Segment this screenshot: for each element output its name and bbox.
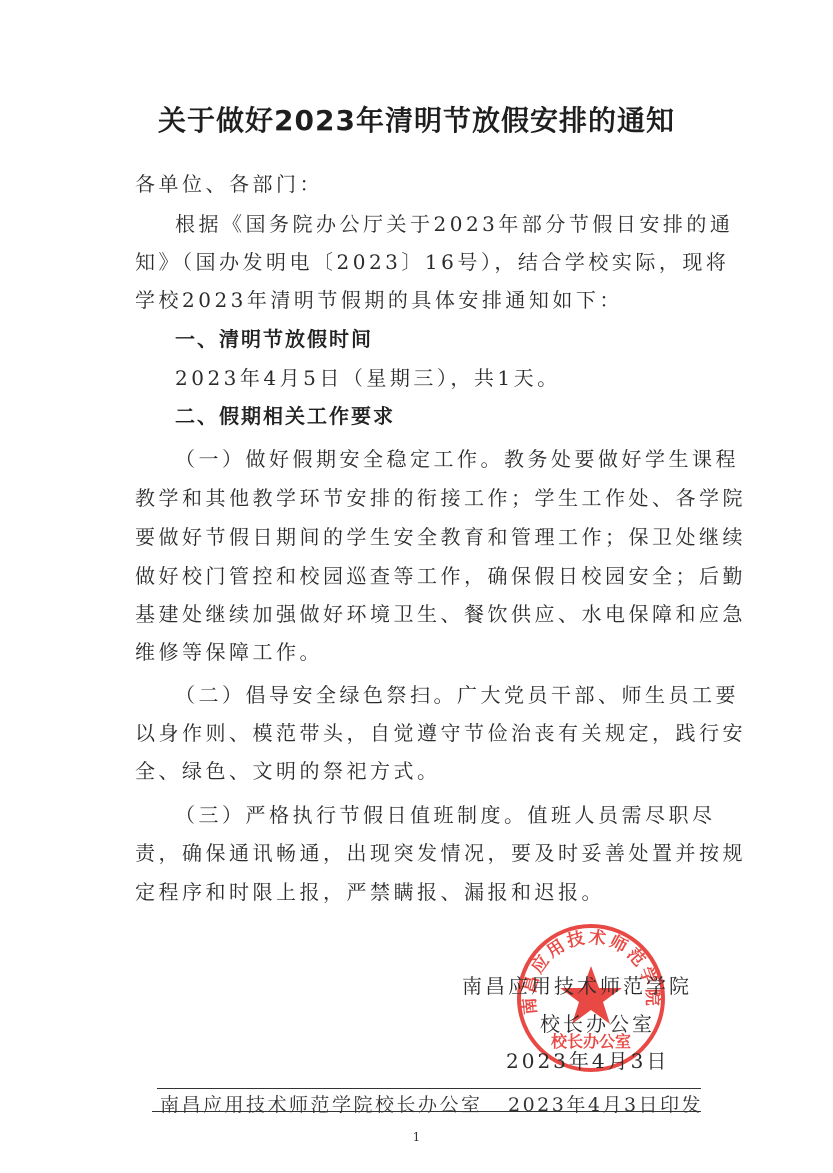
item1-line-3: 要做好节假日期间的学生安全教育和管理工作；保卫处继续	[135, 525, 735, 549]
signature-org: 南昌应用技术师范学院	[462, 970, 692, 999]
item1-line-5: 基建处继续加强做好环境卫生、餐饮供应、水电保障和应急	[135, 602, 735, 626]
intro-line-3: 学校2023年清明节假期的具体安排通知如下：	[135, 288, 735, 312]
salutation: 各单位、各部门：	[135, 172, 735, 196]
item1-line-6: 维修等保障工作。	[135, 640, 735, 664]
item1-line-2: 教学和其他教学环节安排的衔接工作；学生工作处、各学院	[135, 486, 735, 510]
item2-line-2: 以身作则、模范带头，自觉遵守节俭治丧有关规定，践行安	[135, 721, 735, 745]
item3-line-3: 定程序和时限上报，严禁瞒报、漏报和迟报。	[135, 880, 735, 904]
item2-line-1: （二）倡导安全绿色祭扫。广大党员干部、师生员工要	[175, 683, 775, 707]
item1-line-4: 做好校门管控和校园巡查等工作，确保假日校园安全；后勤	[135, 564, 735, 588]
section1-body: 2023年4月5日（星期三），共1天。	[175, 366, 775, 390]
signature-office: 校长办公室	[540, 1008, 655, 1037]
footer-top-rule	[157, 1088, 701, 1089]
footer-issue-date: 2023年4月3日印发	[508, 1090, 703, 1117]
item1-line-1: （一）做好假期安全稳定工作。教务处要做好学生课程	[175, 447, 775, 471]
footer-issuer: 南昌应用技术师范学院校长办公室	[160, 1090, 483, 1117]
item2-line-3: 全、绿色、文明的祭祀方式。	[135, 759, 735, 783]
intro-line-1: 根据《国务院办公厅关于2023年部分节假日安排的通	[175, 212, 775, 236]
footer-bottom-rule	[152, 1111, 701, 1112]
document-page: 关于做好2023年清明节放假安排的通知 各单位、各部门： 根据《国务院办公厅关于…	[0, 0, 833, 1173]
page-number: 1	[0, 1130, 833, 1144]
document-title: 关于做好2023年清明节放假安排的通知	[0, 99, 833, 139]
section2-heading: 二、假期相关工作要求	[175, 404, 775, 428]
item3-line-2: 责，确保通讯畅通，出现突发情况，要及时妥善处置并按规	[135, 841, 735, 865]
section1-heading: 一、清明节放假时间	[175, 327, 775, 351]
intro-line-2: 知》（国办发明电〔2023〕16号），结合学校实际，现将	[135, 250, 735, 274]
item3-line-1: （三）严格执行节假日值班制度。值班人员需尽职尽	[175, 803, 775, 827]
signature-date: 2023年4月3日	[506, 1045, 669, 1074]
